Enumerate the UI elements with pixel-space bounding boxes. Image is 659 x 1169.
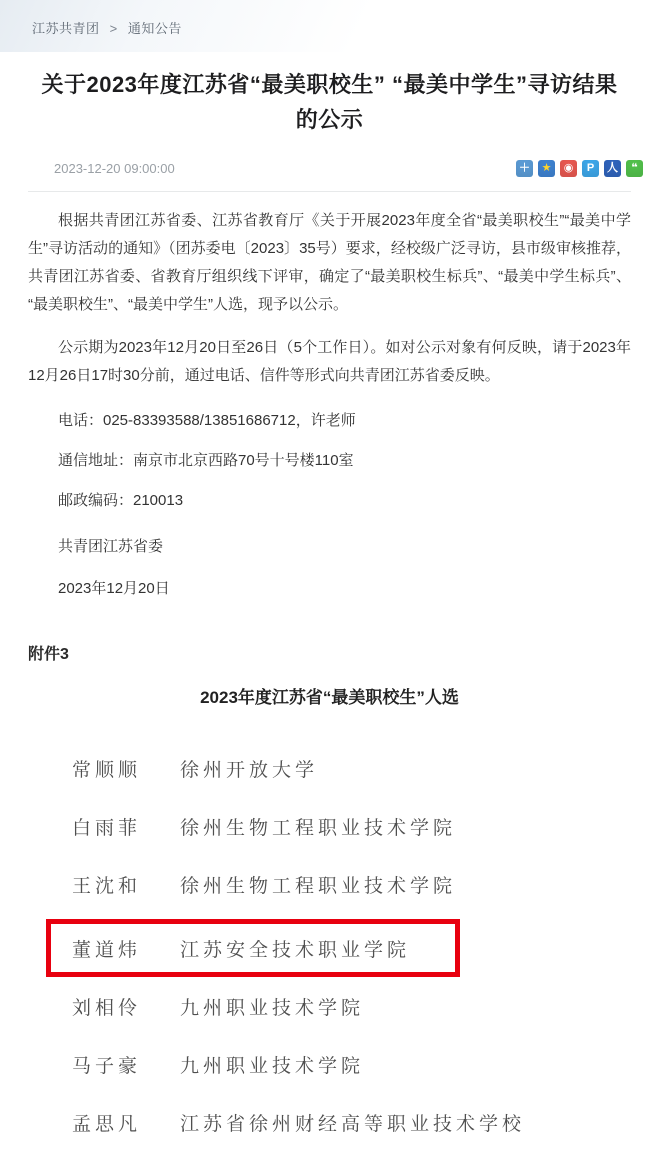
- signature-block: 共青团江苏省委 2023年12月20日: [28, 533, 631, 603]
- roster-row: 白雨菲 徐州生物工程职业技术学院: [46, 797, 659, 855]
- student-name: 董道炜: [72, 935, 180, 962]
- page-title-line1: 关于2023年度江苏省“最美职校生” “最美中学生”寻访结果: [41, 72, 617, 97]
- student-name: 常顺顺: [72, 755, 180, 782]
- roster-row: 常顺顺 徐州开放大学: [46, 739, 659, 797]
- student-name: 王沈和: [72, 871, 180, 898]
- student-name: 刘相伶: [72, 993, 180, 1020]
- share-more-icon[interactable]: ＋: [516, 160, 533, 177]
- weibo-share-icon[interactable]: ◉: [560, 160, 577, 177]
- student-name: 白雨菲: [72, 813, 180, 840]
- breadcrumb: 江苏共青团 > 通知公告: [0, 0, 659, 37]
- student-school: 江苏省徐州财经高等职业技术学校: [180, 1109, 525, 1136]
- signature-org: 共青团江苏省委: [28, 533, 631, 561]
- roster-row: 孟思凡 江苏省徐州财经高等职业技术学校: [46, 1093, 659, 1151]
- wechat-share-icon[interactable]: ❝: [626, 160, 643, 177]
- contact-address: 通信地址：南京市北京西路70号十号楼110室: [28, 447, 631, 475]
- roster-title: 2023年度江苏省“最美职校生”人选: [28, 685, 631, 711]
- share-toolbar: ＋ ★ ◉ P 人 ❝: [516, 160, 643, 177]
- roster-row: 王沈和 徐州生物工程职业技术学院: [46, 855, 659, 913]
- contact-phone: 电话：025-83393588/13851686712，许老师: [28, 407, 631, 435]
- student-school: 徐州生物工程职业技术学院: [180, 871, 456, 898]
- attachment-label: 附件3: [28, 643, 631, 667]
- roster-row-highlighted: 董道炜 江苏安全技术职业学院: [46, 919, 460, 977]
- contact-postcode: 邮政编码：210013: [28, 487, 631, 515]
- announcement-page: 江苏共青团 > 通知公告 关于2023年度江苏省“最美职校生” “最美中学生”寻…: [0, 0, 659, 1169]
- roster-list: 常顺顺 徐州开放大学 白雨菲 徐州生物工程职业技术学院 王沈和 徐州生物工程职业…: [46, 739, 659, 1151]
- breadcrumb-separator: >: [110, 21, 118, 36]
- header-divider: [28, 191, 631, 192]
- tieba-share-icon[interactable]: P: [582, 160, 599, 177]
- renren-share-icon[interactable]: 人: [604, 160, 621, 177]
- student-school: 九州职业技术学院: [180, 993, 364, 1020]
- body-paragraph-1: 根据共青团江苏省委、江苏省教育厅《关于开展2023年度全省“最美职校生”“最美中…: [28, 207, 631, 319]
- article-meta: 2023-12-20 09:00:00 ＋ ★ ◉ P 人 ❝: [54, 159, 643, 177]
- page-title-line2: 的公示: [296, 107, 364, 132]
- article-body: 根据共青团江苏省委、江苏省教育厅《关于开展2023年度全省“最美职校生”“最美中…: [0, 207, 659, 603]
- roster-row: 刘相伶 九州职业技术学院: [46, 977, 659, 1035]
- student-school: 徐州生物工程职业技术学院: [180, 813, 456, 840]
- student-school: 江苏安全技术职业学院: [180, 935, 410, 962]
- body-paragraph-2: 公示期为2023年12月20日至26日（5个工作日）。如对公示对象有何反映，请于…: [28, 334, 631, 390]
- signature-date: 2023年12月20日: [28, 575, 631, 603]
- student-name: 孟思凡: [72, 1109, 180, 1136]
- qzone-share-icon[interactable]: ★: [538, 160, 555, 177]
- breadcrumb-current[interactable]: 通知公告: [128, 21, 182, 36]
- student-name: 马子豪: [72, 1051, 180, 1078]
- student-school: 九州职业技术学院: [180, 1051, 364, 1078]
- publish-timestamp: 2023-12-20 09:00:00: [54, 161, 175, 176]
- student-school: 徐州开放大学: [180, 755, 318, 782]
- page-title: 关于2023年度江苏省“最美职校生” “最美中学生”寻访结果 的公示: [28, 67, 631, 137]
- roster-row: 马子豪 九州职业技术学院: [46, 1035, 659, 1093]
- breadcrumb-home-link[interactable]: 江苏共青团: [32, 21, 100, 36]
